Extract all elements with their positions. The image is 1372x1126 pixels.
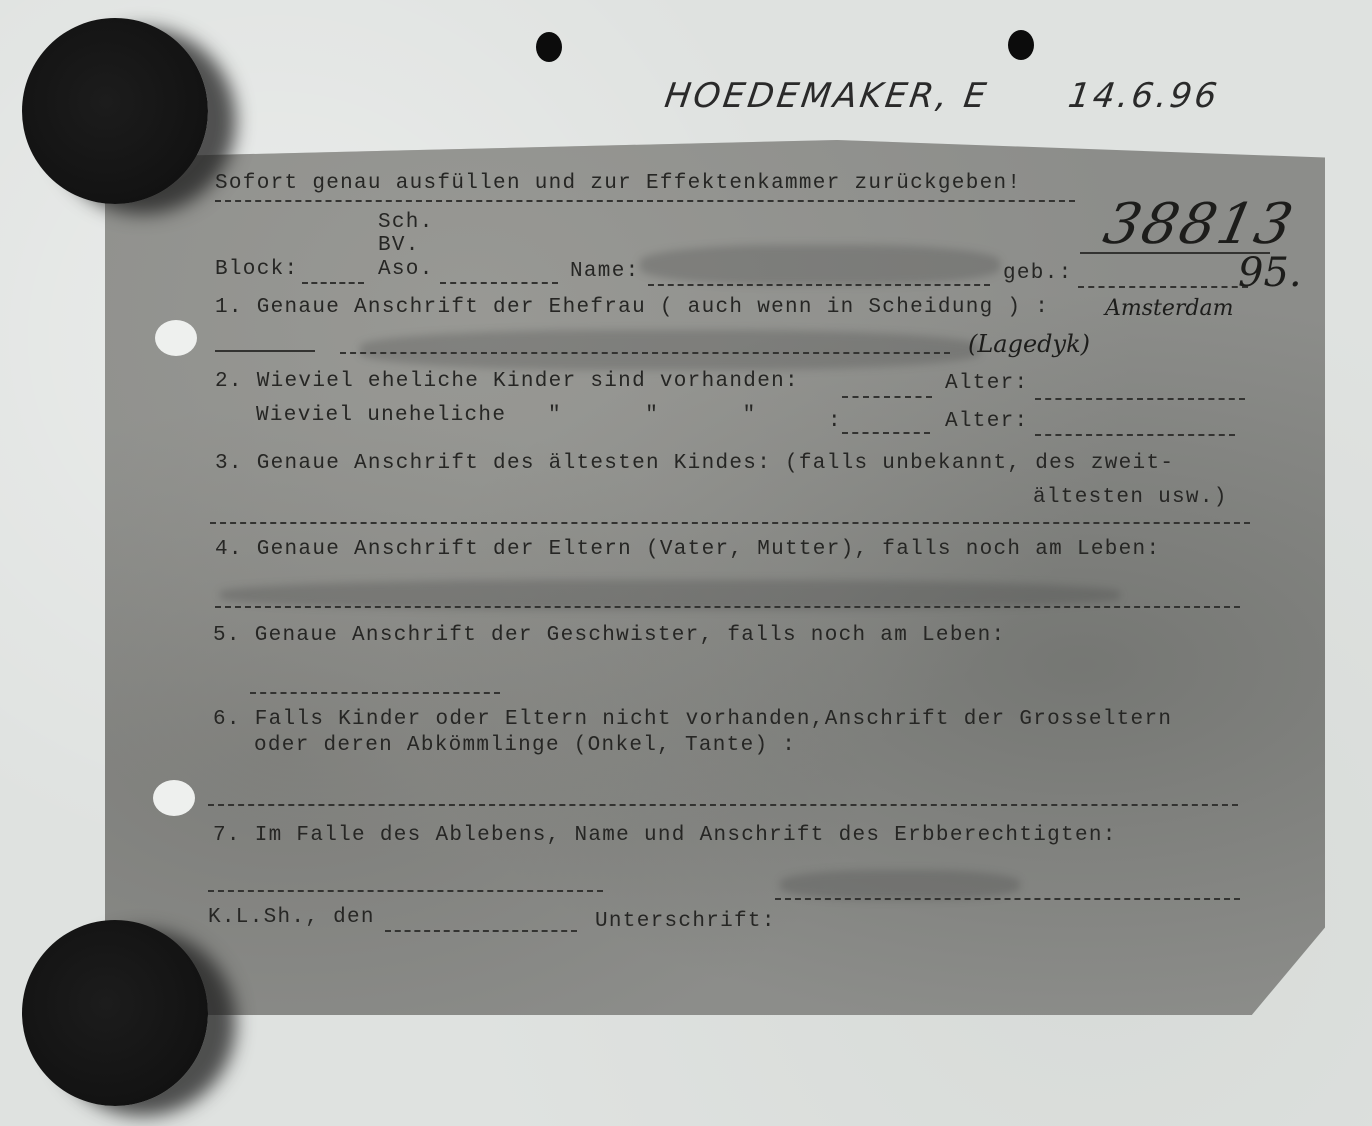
punch-mark-left	[536, 32, 562, 62]
question-1-answer: Amsterdam	[1105, 296, 1233, 321]
question-5: 5. Genaue Anschrift der Geschwister, fal…	[213, 624, 1005, 647]
binder-ring-bottom	[22, 920, 208, 1106]
category-label-bv: BV.	[378, 234, 420, 257]
prisoner-number: 38813	[1098, 192, 1300, 257]
question-3: 3. Genaue Anschrift des ältesten Kindes:…	[215, 452, 1174, 475]
question-2: 2. Wieviel eheliche Kinder sind vorhande…	[215, 370, 799, 393]
question-3-continuation: ältesten usw.)	[1033, 486, 1228, 509]
name-label: Name:	[570, 260, 640, 283]
form-header: Sofort genau ausfüllen und zur Effektenk…	[215, 172, 1021, 195]
margin-note-date: 14.6.96	[1066, 76, 1222, 116]
question-2b: Wieviel uneheliche " " "	[256, 404, 756, 427]
punch-hole-upper	[155, 320, 197, 356]
question-4: 4. Genaue Anschrift der Eltern (Vater, M…	[215, 538, 1160, 561]
footer-signature-label: Unterschrift:	[595, 910, 776, 933]
question-1: 1. Genaue Anschrift der Ehefrau ( auch w…	[215, 296, 1049, 319]
category-label-aso: Aso.	[378, 258, 434, 281]
margin-note-name: HOEDEMAKER, E	[662, 76, 991, 116]
punch-hole-lower	[153, 780, 195, 816]
question-2b-age-label: Alter:	[945, 410, 1028, 433]
question-2-age-label: Alter:	[945, 372, 1028, 395]
block-label: Block:	[215, 258, 298, 281]
archival-margin-note: HOEDEMAKER, E14.6.96	[662, 76, 1222, 116]
punch-mark-right	[1008, 30, 1034, 60]
question-7: 7. Im Falle des Ablebens, Name und Ansch…	[213, 824, 1117, 847]
question-6-continuation: oder deren Abkömmlinge (Onkel, Tante) :	[254, 734, 796, 757]
question-6: 6. Falls Kinder oder Eltern nicht vorhan…	[213, 708, 1172, 731]
footer-place-date-label: K.L.Sh., den	[208, 906, 375, 929]
born-label: geb.:	[1003, 262, 1073, 285]
binder-ring-top	[22, 18, 208, 204]
category-label-sch: Sch.	[378, 211, 434, 234]
question-1-answer-line2: (Lagedyk)	[968, 330, 1090, 358]
birth-year: 95.	[1238, 250, 1302, 296]
